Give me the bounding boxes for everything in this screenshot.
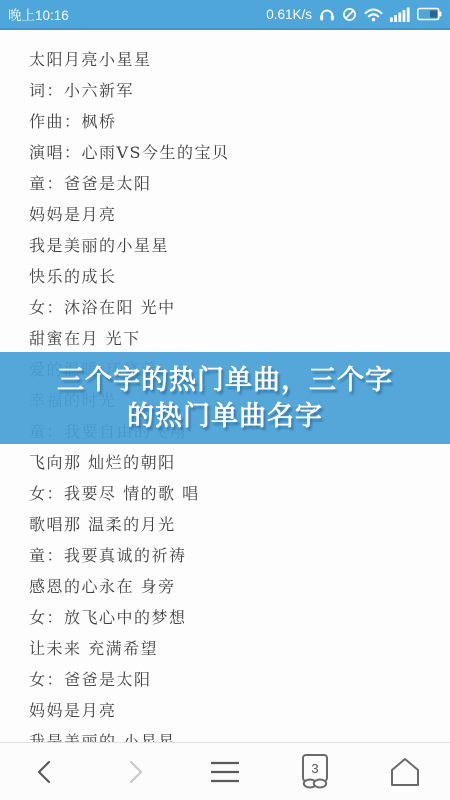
lyric-line: 我是美丽的小星星	[29, 230, 440, 261]
lyric-line: 词：小六新军	[29, 75, 440, 106]
lyric-line: 甜蜜在月 光下	[29, 323, 440, 354]
tabs-count-badge: 3	[311, 761, 318, 776]
lyric-line: 演唱：心雨VS今生的宝贝	[29, 137, 440, 168]
lyric-line: 让未来 充满希望	[29, 633, 440, 664]
signal-icon	[390, 7, 410, 22]
back-button[interactable]	[0, 743, 90, 800]
tabs-button[interactable]: 3	[270, 743, 360, 800]
banner-title-line2: 的热门单曲名字	[127, 398, 323, 434]
wifi-icon	[364, 7, 383, 22]
lyric-line: 太阳月亮小星星	[29, 44, 440, 75]
status-bar-right: 0.61K/s	[266, 7, 442, 22]
lyric-line: 童：爸爸是太阳	[29, 168, 440, 199]
tabs-icon: 3	[297, 753, 333, 791]
lyric-line: 飞向那 灿烂的朝阳	[29, 447, 440, 478]
lyric-line: 作曲：枫桥	[29, 106, 440, 137]
headphones-icon	[319, 7, 335, 22]
lyric-line: 妈妈是月亮	[29, 199, 440, 230]
browser-nav-bar: 3	[0, 742, 450, 800]
home-button[interactable]	[360, 743, 450, 800]
back-icon	[31, 757, 59, 787]
lyric-line: 快乐的成长	[29, 261, 440, 292]
banner-title-line1: 三个字的热门单曲，三个字	[57, 362, 393, 398]
lyric-line: 女：沐浴在阳 光中	[29, 292, 440, 323]
lyric-line: 童：我要真诚的祈祷	[29, 540, 440, 571]
mute-icon	[342, 7, 357, 22]
lyric-line: 感恩的心永在 身旁	[29, 571, 440, 602]
forward-button[interactable]	[90, 743, 180, 800]
status-bar: 晚上10:16 0.61K/s	[0, 0, 450, 30]
battery-icon	[417, 7, 442, 21]
lyric-line: 妈妈是月亮	[29, 695, 440, 726]
lyric-line: 女：我要尽 情的歌 唱	[29, 478, 440, 509]
network-speed-text: 0.61K/s	[266, 7, 312, 22]
lyric-line: 女：爸爸是太阳	[29, 664, 440, 695]
clock-text: 晚上10:16	[8, 4, 69, 24]
phone-screen: 晚上10:16 0.61K/s	[0, 0, 450, 800]
menu-button[interactable]	[180, 743, 270, 800]
menu-icon	[209, 759, 241, 785]
lyric-line: 歌唱那 温柔的月光	[29, 509, 440, 540]
lyric-line: 女：放飞心中的梦想	[29, 602, 440, 633]
forward-icon	[121, 757, 149, 787]
home-icon	[388, 756, 422, 788]
title-banner-overlay: 三个字的热门单曲，三个字 的热门单曲名字	[0, 352, 450, 444]
